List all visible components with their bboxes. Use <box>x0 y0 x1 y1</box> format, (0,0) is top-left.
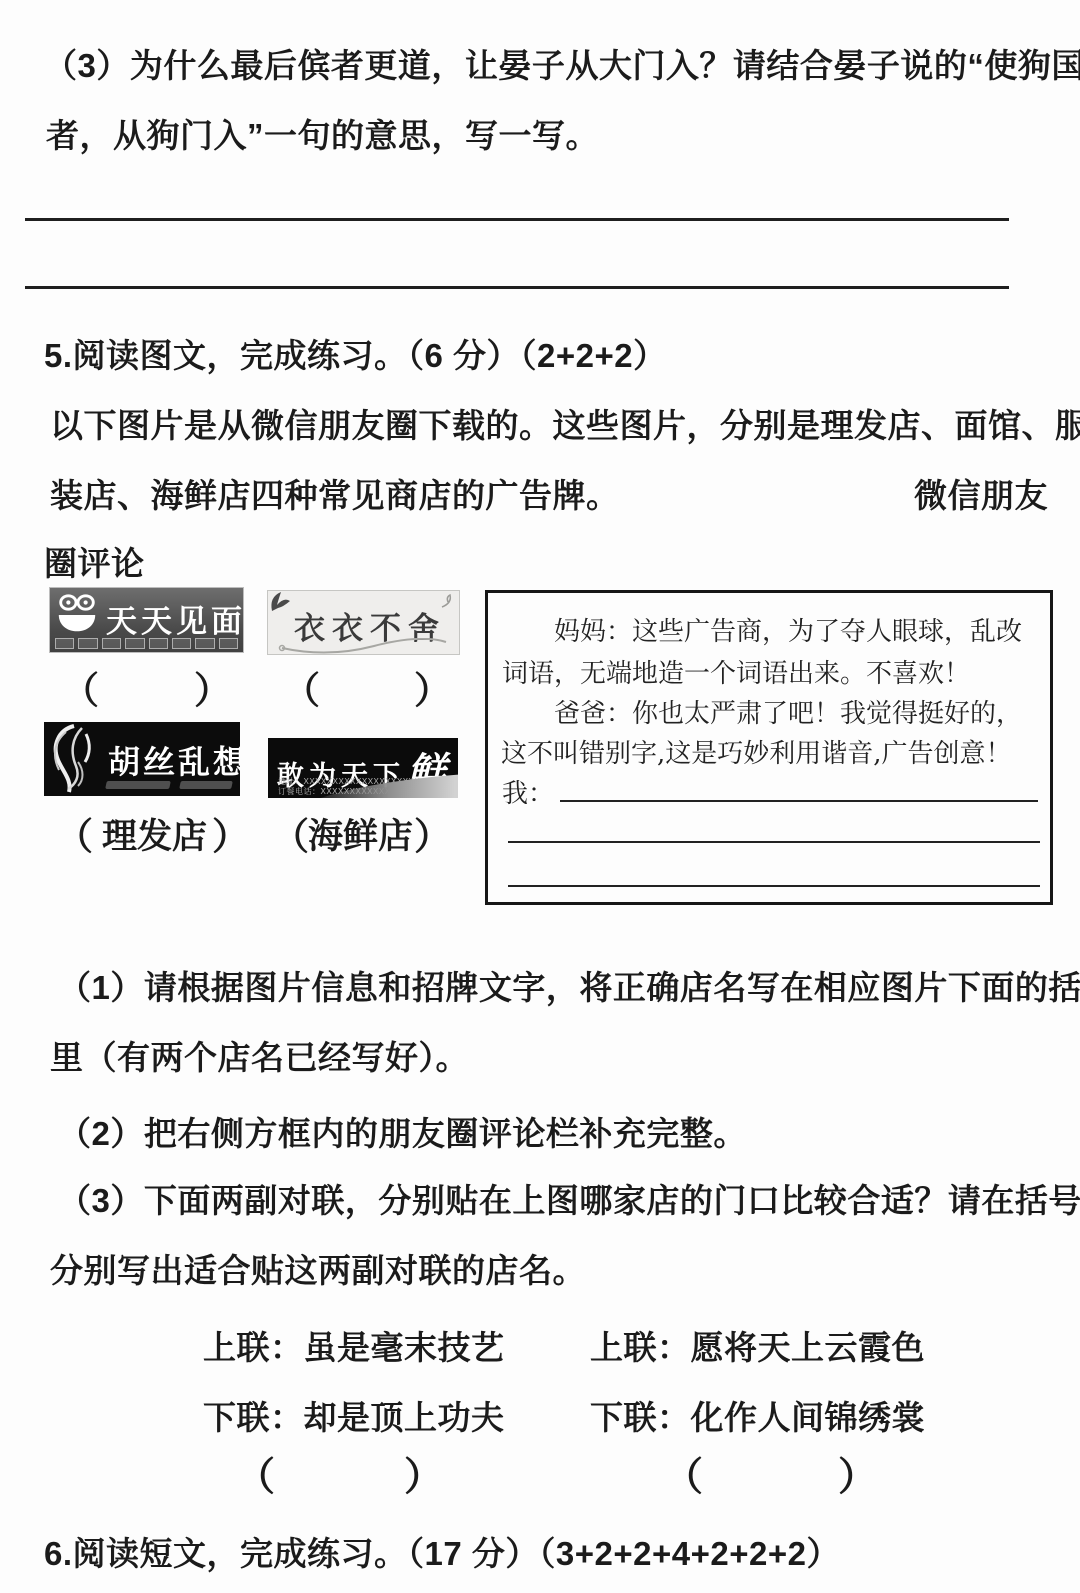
answer-barber: 理发店 <box>102 809 207 859</box>
comment-dad-line2: 这不叫错别字,这是巧妙利用谐音,广告创意！ <box>501 733 1012 770</box>
swirl-ornament-icon <box>278 638 450 654</box>
comment-write-line <box>560 800 1038 802</box>
sub-question1-line2: 里（有两个店名已经写好）。 <box>50 1032 469 1079</box>
couplet-right-lower: 下联：化作人间锦绣裳 <box>590 1392 925 1439</box>
answer-paren-close: ） <box>194 660 231 714</box>
curl-ornament-icon <box>440 593 456 609</box>
question6-title: 6.阅读短文，完成练习。（17 分）（3+2+2+4+2+2+2） <box>44 1528 840 1575</box>
sign-text: 胡丝乱想 <box>108 737 240 783</box>
couplet-paren-open: （ <box>236 1446 275 1502</box>
seafood-shop-sign-image: 敢为天下鲜 地址：XXXXXXXXXXXXXXXXXXXX 订餐电话：XXXXX… <box>268 738 458 798</box>
couplet-left-upper: 上联：虽是毫末技艺 <box>203 1322 505 1369</box>
comment-me-label: 我： <box>502 773 554 810</box>
answer-line <box>25 218 1009 221</box>
answer-paren-close: ） <box>414 660 451 714</box>
couplet-right-upper: 上联：愿将天上云霞色 <box>590 1322 925 1369</box>
comment-mom-line2: 词语，无端地造一个词语出来。不喜欢！ <box>502 653 970 690</box>
couplet-paren-open: （ <box>664 1446 703 1502</box>
bowl-face-icon <box>54 591 100 637</box>
question5-intro-overflow: 微信朋友 <box>914 470 1048 517</box>
couplet-paren-close: ） <box>404 1446 443 1502</box>
sub-question1-line1: （1）请根据图片信息和招牌文字，将正确店名写在相应图片下面的括号 <box>58 962 1080 1009</box>
question5-intro-line2: 装店、海鲜店四种常见商店的广告牌。 <box>50 470 620 517</box>
sub-question3-line2: 分别写出适合贴这两副对联的店名。 <box>50 1245 586 1292</box>
clothing-shop-sign-image: 衣衣不舍 <box>267 590 460 655</box>
answer-paren-close: ） <box>414 806 451 860</box>
noodle-shop-sign-image: 天天见面 <box>50 588 243 652</box>
question5-intro-line3: 圈评论 <box>44 538 145 585</box>
question5-title: 5.阅读图文，完成练习。（6 分）（2+2+2） <box>44 330 667 377</box>
exam-page: （3）为什么最后傧者更道，让晏子从大门入？请结合晏子说的“使狗国 者，从狗门入”… <box>0 0 1080 1593</box>
hair-silhouette-icon <box>44 722 104 796</box>
comment-write-line <box>508 841 1040 843</box>
comment-mom-line1: 妈妈：这些广告商，为了夺人眼球，乱改 <box>554 611 1022 648</box>
answer-paren-open: （ <box>283 660 320 714</box>
couplet-left-lower: 下联：却是顶上功夫 <box>203 1392 505 1439</box>
answer-line <box>25 286 1009 289</box>
answer-paren-open: （ <box>272 806 309 860</box>
sub-question3-line1: （3）下面两副对联，分别贴在上图哪家店的门口比较合适？请在括号里 <box>58 1175 1080 1222</box>
comment-dad-line1: 爸爸：你也太严肃了吧！我觉得挺好的， <box>554 693 1022 730</box>
question3-line1: （3）为什么最后傧者更道，让晏子从大门入？请结合晏子说的“使狗国 <box>44 40 1080 87</box>
question3-line2: 者，从狗门入”一句的意思，写一写。 <box>46 110 599 157</box>
answer-paren-close: ） <box>212 806 249 860</box>
sub-question2: （2）把右侧方框内的朋友圈评论栏补充完整。 <box>58 1108 747 1155</box>
answer-paren-open: （ <box>56 806 93 860</box>
couplet-paren-close: ） <box>838 1446 877 1502</box>
sign-text: 天天见面 <box>106 596 243 641</box>
sign-small-print-decoration <box>55 638 238 649</box>
comment-write-line <box>508 885 1040 887</box>
answer-seafood: 海鲜店 <box>308 809 413 859</box>
question5-intro-line1: 以下图片是从微信朋友圈下载的。这些图片，分别是理发店、面馆、服 <box>50 400 1080 447</box>
butterfly-icon <box>268 590 292 615</box>
barber-shop-sign-image: 胡丝乱想 <box>44 722 240 796</box>
answer-paren-open: （ <box>62 660 99 714</box>
wechat-comment-box: 妈妈：这些广告商，为了夺人眼球，乱改 词语，无端地造一个词语出来。不喜欢！ 爸爸… <box>485 590 1053 905</box>
sign-small-print-decoration <box>106 781 240 789</box>
